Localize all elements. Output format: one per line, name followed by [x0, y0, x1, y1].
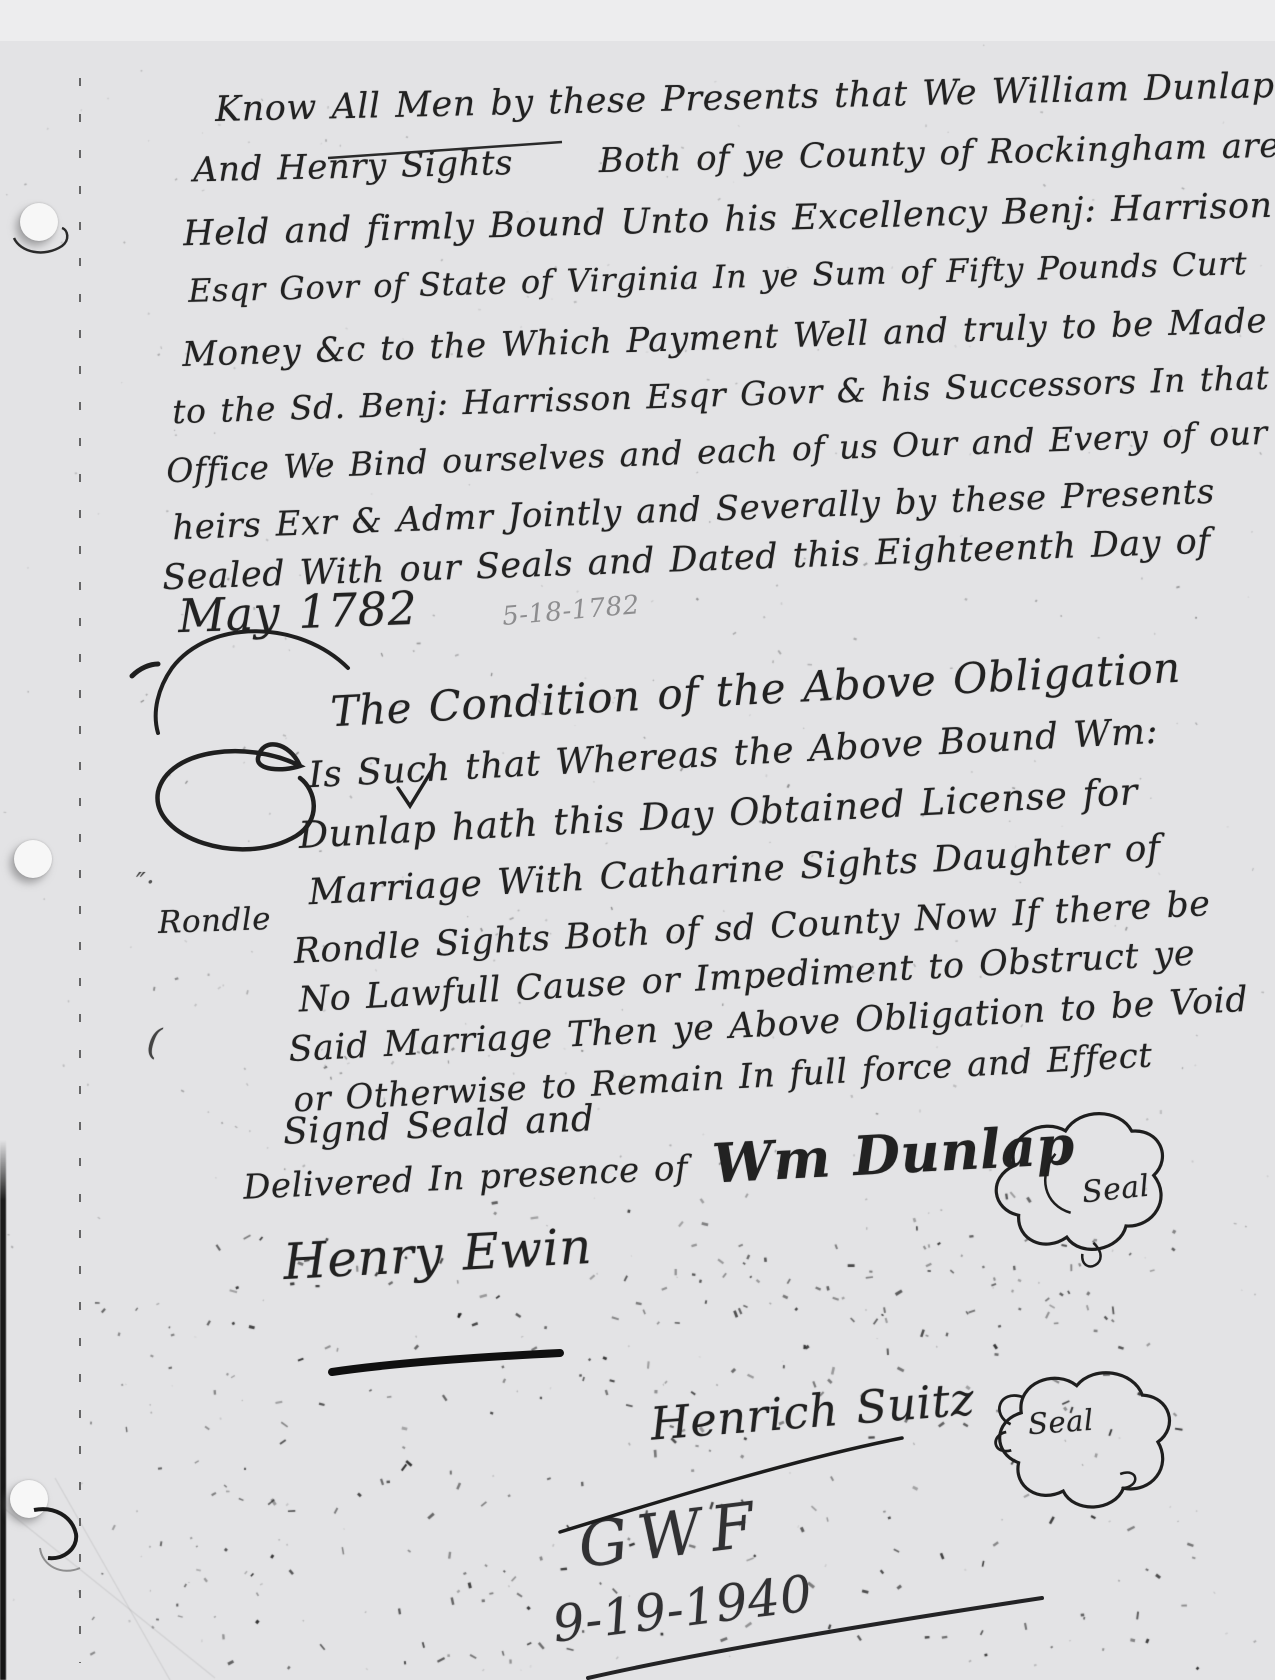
- dashed-margin-rule: [79, 78, 81, 1663]
- seal-word-suitz: Seal: [1027, 1403, 1095, 1441]
- page-edge-shadow: [0, 1140, 6, 1680]
- punch-hole-bottom: [10, 1480, 48, 1518]
- punch-hole-top: [20, 203, 58, 241]
- scanner-background-band: [0, 0, 1275, 42]
- margin-note-rondle: Rondle: [157, 901, 271, 941]
- ditto-mark: ″·: [136, 868, 155, 898]
- scanned-document-page: { "document": { "bond": { "lines": [ "Kn…: [0, 0, 1275, 1680]
- punch-hole-middle: [14, 840, 52, 878]
- bond-date-line: May 1782: [177, 581, 418, 643]
- seal-word-dunlap: Seal: [1080, 1169, 1151, 1211]
